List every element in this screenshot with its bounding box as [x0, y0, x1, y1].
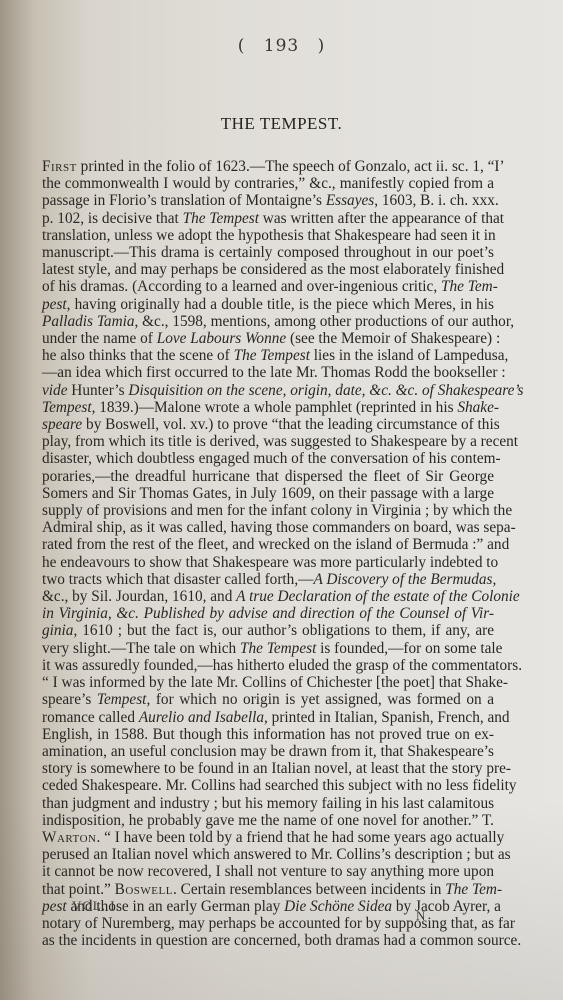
text-run: printed in the folio of 1623.—The speech…: [77, 158, 505, 175]
text-run: Admiral ship, as it was called, having t…: [42, 519, 516, 536]
text-line: of his dramas. (According to a learned a…: [42, 278, 494, 295]
text-run: is founded,—for on some tale: [316, 640, 502, 657]
text-run: it was assuredly founded,—has hitherto e…: [42, 657, 522, 674]
text-line: &c., by Sil. Jourdan, 1610, and A true D…: [42, 588, 494, 605]
italic-run: The Tem-: [441, 278, 498, 295]
text-line: Palladis Tamia, &c., 1598, mentions, amo…: [42, 313, 494, 330]
text-line: Somers and Sir Thomas Gates, in July 160…: [42, 485, 494, 502]
italic-run: Tempest: [42, 399, 92, 416]
text-run: speare’s: [42, 691, 97, 708]
small-caps-run: Boswell: [115, 881, 173, 898]
page-number: ( 193 ): [0, 36, 563, 56]
text-line: very slight.—The tale on which The Tempe…: [42, 640, 494, 657]
text-run: indisposition, he probably gave me the n…: [42, 812, 494, 829]
text-line: amination, an useful conclusion may be d…: [42, 743, 494, 760]
text-run: poraries,—the dreadful hurricane that di…: [42, 468, 494, 485]
text-run: under the name of: [42, 330, 157, 347]
italic-run: Die Schöne Sidea: [284, 898, 392, 915]
text-run: amination, an useful conclusion may be d…: [42, 743, 494, 760]
text-line: vide Hunter’s Disquisition on the scene,…: [42, 382, 494, 399]
italic-run: A Discovery of the Bermudas,: [313, 571, 496, 588]
text-line: Admiral ship, as it was called, having t…: [42, 519, 494, 536]
italic-run: ginia: [42, 622, 73, 639]
text-run: manuscript.—This drama is certainly comp…: [42, 244, 494, 261]
italic-run: Tempest: [97, 691, 147, 708]
text-line: as the incidents in question are concern…: [42, 932, 494, 949]
text-run: supply of provisions and men for the inf…: [42, 502, 512, 519]
text-line: p. 102, is decisive that The Tempest was…: [42, 210, 494, 227]
text-run: was written after the appearance of that: [259, 210, 504, 227]
text-line: speare by Boswell, vol. xv.) to prove “t…: [42, 416, 494, 433]
italic-run: The Tempest: [240, 640, 316, 657]
text-run: , 1610 ; but the fact is, our author’s o…: [73, 622, 494, 639]
text-line: —an idea which first occurred to the lat…: [42, 364, 494, 381]
italic-run: The Tempest: [183, 210, 259, 227]
text-run: , 1603, B. i. ch. xxx.: [374, 192, 499, 209]
text-run: of his dramas. (According to a learned a…: [42, 278, 441, 295]
text-line: translation, unless we adopt the hypothe…: [42, 227, 494, 244]
text-line: pest, having originally had a double tit…: [42, 296, 494, 313]
text-run: English, in 1588. But though this inform…: [42, 726, 494, 743]
text-line: ginia, 1610 ; but the fact is, our autho…: [42, 622, 494, 639]
text-run: —an idea which first occurred to the lat…: [42, 364, 506, 381]
text-run: he endeavours to show that Shakespeare w…: [42, 554, 498, 571]
italic-run: A true Declaration of the estate of the …: [236, 588, 520, 605]
italic-run: Aurelio and Isabella: [139, 709, 264, 726]
text-line: First printed in the folio of 1623.—The …: [42, 158, 494, 175]
text-run: latest style, and may perhaps be conside…: [42, 261, 504, 278]
text-line: English, in 1588. But though this inform…: [42, 726, 494, 743]
text-run: romance called: [42, 709, 139, 726]
italic-run: pest: [42, 296, 67, 313]
text-line: it was assuredly founded,—has hitherto e…: [42, 657, 494, 674]
text-run: perused an Italian novel which answered …: [42, 846, 511, 863]
text-line: “ I was informed by the late Mr. Collins…: [42, 674, 494, 691]
text-line: than judgment and industry ; but his mem…: [42, 795, 494, 812]
italic-run: The Tempest: [234, 347, 310, 364]
text-run: , having originally had a double title, …: [67, 296, 494, 313]
text-line: speare’s Tempest, for which no origin is…: [42, 691, 494, 708]
text-run: lies in the island of Lampedusa,: [310, 347, 508, 364]
text-run: p. 102, is decisive that: [42, 210, 183, 227]
text-line: romance called Aurelio and Isabella, pri…: [42, 709, 494, 726]
text-run: very slight.—The tale on which: [42, 640, 240, 657]
text-line: it cannot be now recovered, I shall not …: [42, 863, 494, 880]
text-line: indisposition, he probably gave me the n…: [42, 812, 494, 829]
text-line: poraries,—the dreadful hurricane that di…: [42, 468, 494, 485]
text-run: the commonwealth I would by contraries,”…: [42, 175, 494, 192]
text-line: Warton. “ I have been told by a friend t…: [42, 829, 494, 846]
text-line: supply of provisions and men for the inf…: [42, 502, 494, 519]
text-line: that point.” Boswell. Certain resemblanc…: [42, 881, 494, 898]
text-line: passage in Florio’s translation of Monta…: [42, 192, 494, 209]
text-run: . Certain resemblances between incidents…: [173, 881, 445, 898]
text-line: rated from the rest of the fleet, and wr…: [42, 536, 494, 553]
footer-volume: VOL. I.: [72, 898, 120, 914]
page-number-value: 193: [264, 36, 299, 56]
text-run: passage in Florio’s translation of Monta…: [42, 192, 326, 209]
text-run: Somers and Sir Thomas Gates, in July 160…: [42, 485, 494, 502]
italic-run: speare: [42, 416, 82, 433]
text-run: by Jacob Ayrer, a: [392, 898, 501, 915]
small-caps-run: First: [42, 158, 77, 175]
text-run: , for which no origin is yet assigned, w…: [146, 691, 494, 708]
text-run: . “ I have been told by a friend that he…: [96, 829, 504, 846]
text-run: as the incidents in question are concern…: [42, 932, 521, 949]
paren-close: ): [306, 36, 338, 56]
italic-run: pest: [42, 898, 67, 915]
text-line: perused an Italian novel which answered …: [42, 846, 494, 863]
italic-run: Essayes: [326, 192, 374, 209]
text-run: rated from the rest of the fleet, and wr…: [42, 536, 509, 553]
text-run: than judgment and industry ; but his mem…: [42, 795, 494, 812]
text-line: manuscript.—This drama is certainly comp…: [42, 244, 494, 261]
text-run: (see the Memoir of Shakespeare) :: [286, 330, 500, 347]
italic-run: Disquisition on the scene, origin, date,…: [128, 382, 523, 399]
text-line: disaster, which doubtless engaged much o…: [42, 450, 494, 467]
text-line: notary of Nuremberg, may perhaps be acco…: [42, 915, 494, 932]
text-line: Tempest, 1839.)—Malone wrote a whole pam…: [42, 399, 494, 416]
small-caps-run: Warton: [42, 829, 96, 846]
italic-run: Palladis Tamia: [42, 313, 135, 330]
italic-run: vide: [42, 382, 67, 399]
paren-open: (: [226, 36, 258, 56]
italic-run: Shake-: [457, 399, 499, 416]
text-line: he endeavours to show that Shakespeare w…: [42, 554, 494, 571]
text-line: the commonwealth I would by contraries,”…: [42, 175, 494, 192]
text-run: translation, unless we adopt the hypothe…: [42, 227, 496, 244]
italic-run: in Virginia, &c. Published by advise and…: [42, 605, 494, 622]
text-run: , &c., 1598, mentions, among other produ…: [135, 313, 515, 330]
text-run: &c., by Sil. Jourdan, 1610, and: [42, 588, 236, 605]
italic-run: The Tem-: [445, 881, 502, 898]
text-run: it cannot be now recovered, I shall not …: [42, 863, 494, 880]
italic-run: Love Labours Wonne: [157, 330, 286, 347]
text-line: in Virginia, &c. Published by advise and…: [42, 605, 494, 622]
text-line: latest style, and may perhaps be conside…: [42, 261, 494, 278]
text-run: play, from which its title is derived, w…: [42, 433, 518, 450]
section-title: THE TEMPEST.: [0, 114, 563, 134]
text-run: that point.”: [42, 881, 115, 898]
text-run: , printed in Italian, Spanish, French, a…: [264, 709, 510, 726]
text-run: story is somewhere to be found in an Ita…: [42, 760, 511, 777]
text-line: under the name of Love Labours Wonne (se…: [42, 330, 494, 347]
footer-signature-mark: N: [416, 908, 425, 924]
text-line: ceded Shakespeare. Mr. Collins had searc…: [42, 777, 494, 794]
text-line: he also thinks that the scene of The Tem…: [42, 347, 494, 364]
text-line: two tracts which that disaster called fo…: [42, 571, 494, 588]
text-run: two tracts which that disaster called fo…: [42, 571, 313, 588]
text-run: notary of Nuremberg, may perhaps be acco…: [42, 915, 515, 932]
text-run: “ I was informed by the late Mr. Collins…: [42, 674, 508, 691]
text-run: ceded Shakespeare. Mr. Collins had searc…: [42, 777, 517, 794]
text-run: he also thinks that the scene of: [42, 347, 234, 364]
text-line: story is somewhere to be found in an Ita…: [42, 760, 494, 777]
text-run: Hunter’s: [67, 382, 128, 399]
text-line: play, from which its title is derived, w…: [42, 433, 494, 450]
text-run: by Boswell, vol. xv.) to prove “that the…: [82, 416, 499, 433]
text-run: , 1839.)—Malone wrote a whole pamphlet (…: [92, 399, 458, 416]
text-run: disaster, which doubtless engaged much o…: [42, 450, 501, 467]
body-text: First printed in the folio of 1623.—The …: [42, 158, 494, 949]
